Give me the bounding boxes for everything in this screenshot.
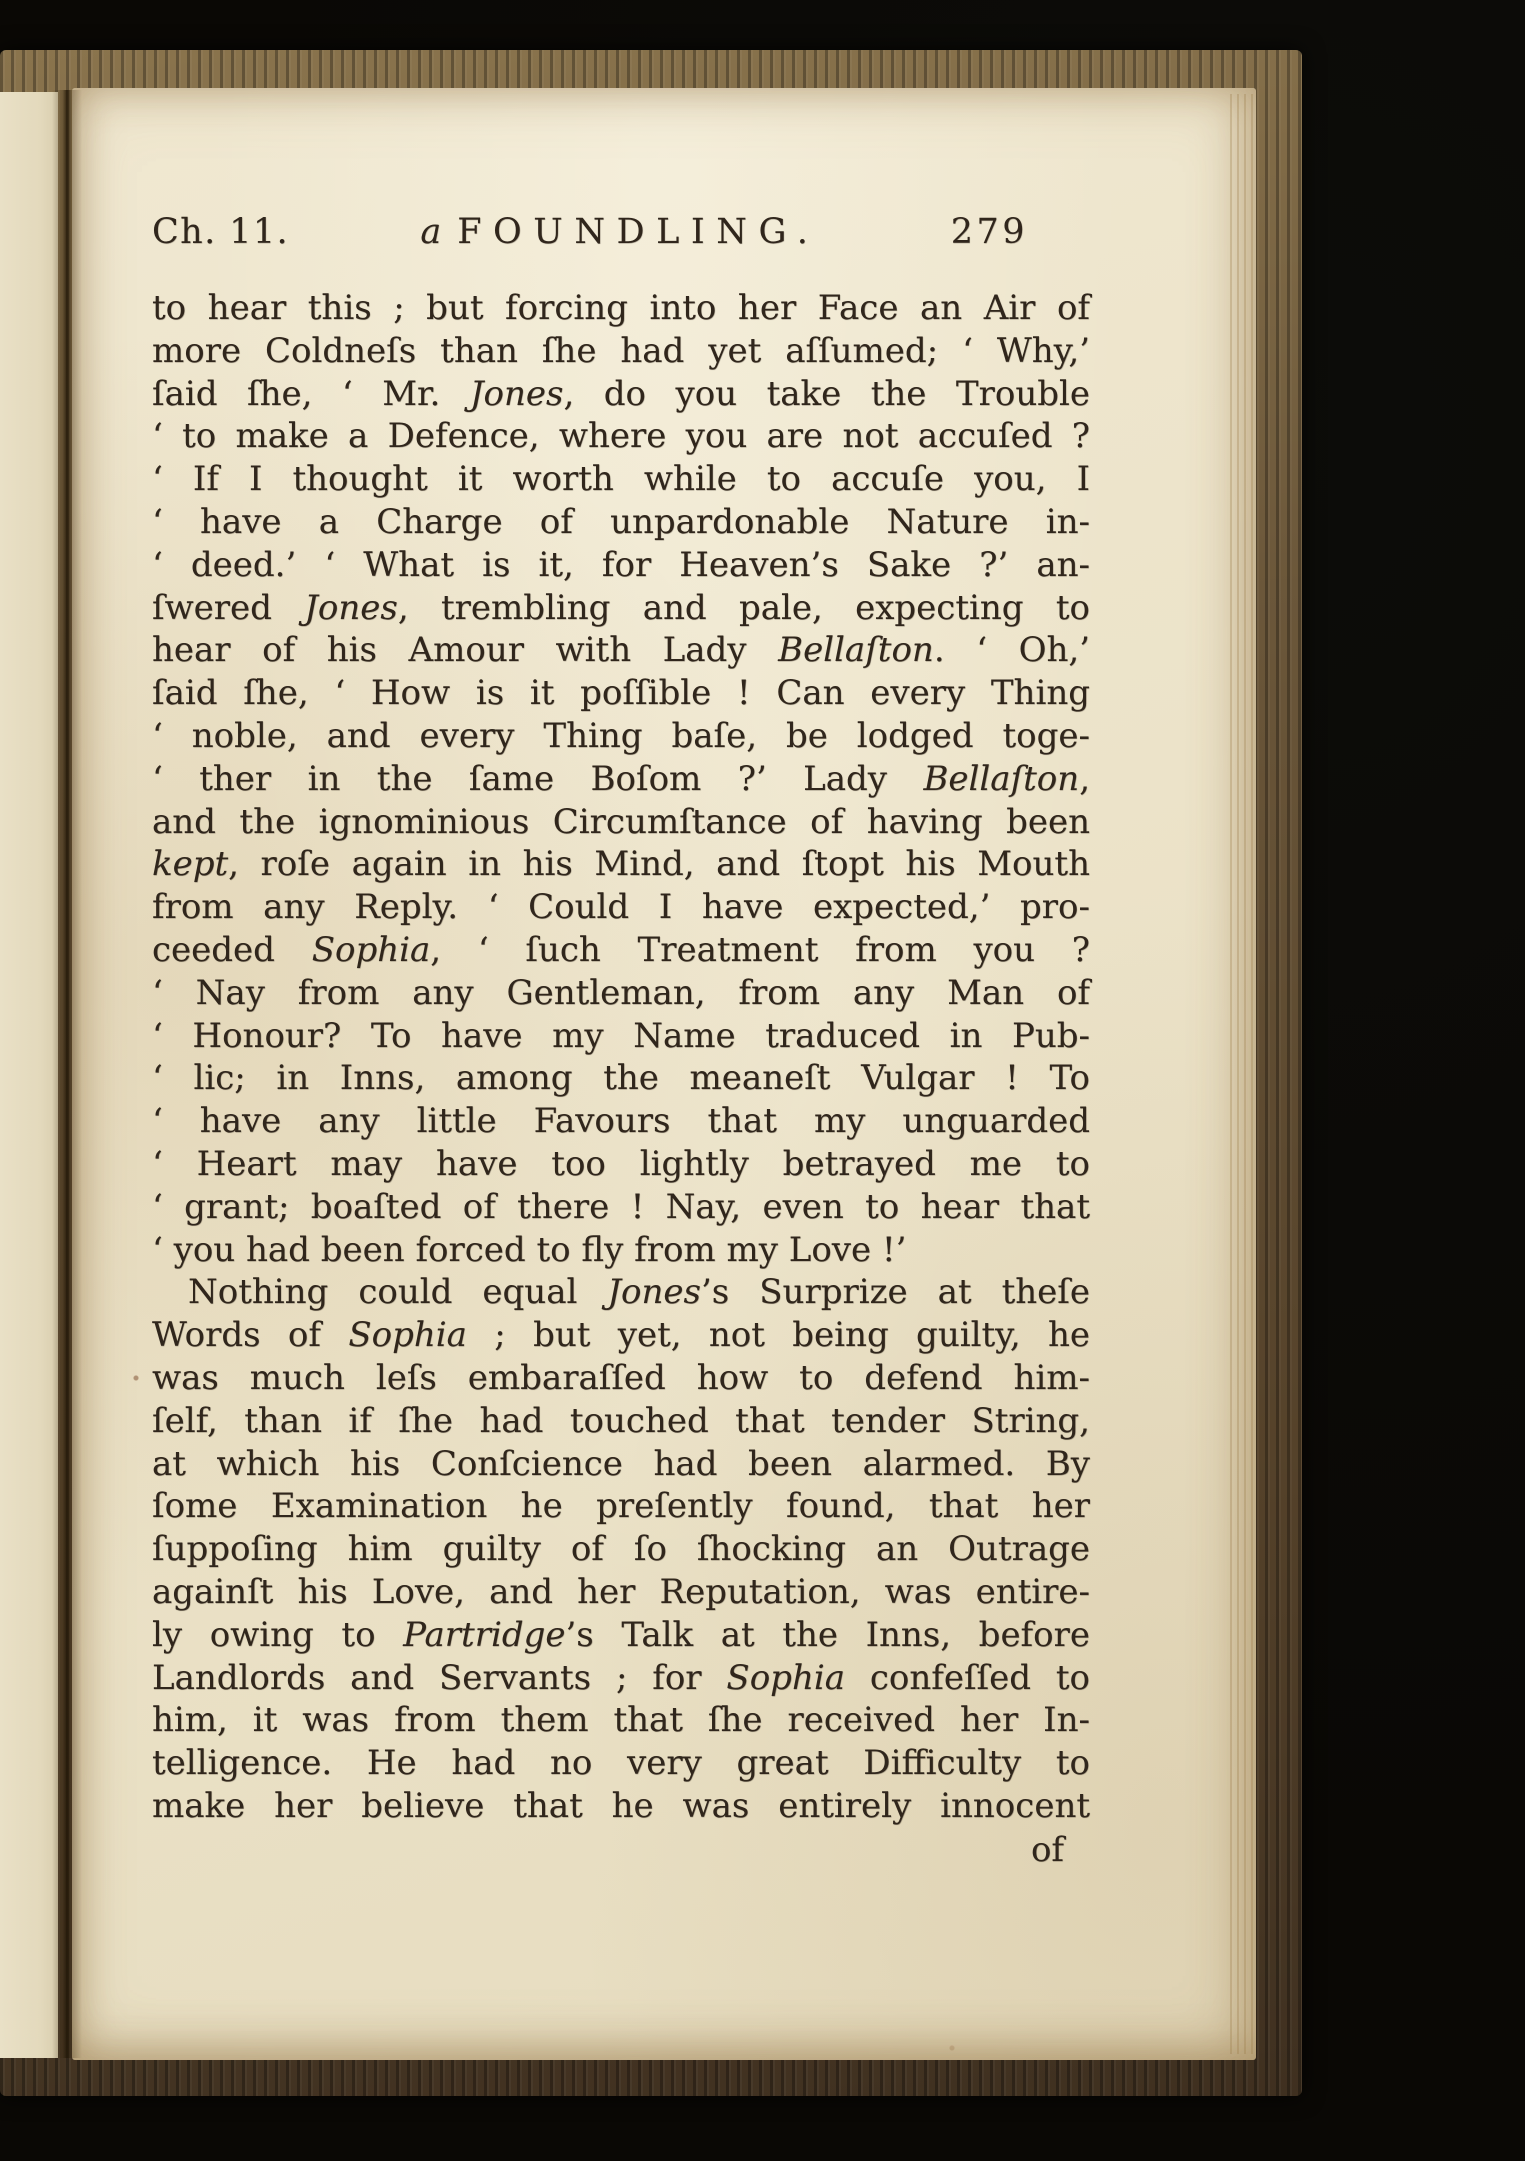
- page-edge-stack: [1230, 94, 1256, 2054]
- text-run: from any Reply. ‘ Could I have expected,…: [152, 887, 1090, 927]
- text-line: ‘ noble, and every Thing baſe, be lodged…: [152, 715, 1090, 758]
- catchword: of: [152, 1830, 1090, 1870]
- running-title: aFOUNDLING.: [289, 212, 951, 252]
- text-run: , roſe again in his Mind, and ſtopt his …: [228, 844, 1090, 884]
- text-run: ſaid ſhe, ‘ Mr.: [152, 374, 470, 414]
- text-run: Nothing could equal: [188, 1272, 607, 1312]
- text-run: Landlords and Servants ; for: [152, 1658, 726, 1698]
- text-line: ‘ Heart may have too lightly betrayed me…: [152, 1143, 1090, 1186]
- text-line: ſome Examination he preſently found, tha…: [152, 1485, 1090, 1528]
- text-line: ‘ Nay from any Gentleman, from any Man o…: [152, 972, 1090, 1015]
- text-run-italic: Bellaſton: [778, 630, 934, 670]
- text-run-italic: Jones: [304, 588, 398, 628]
- text-run: ‘ Nay from any Gentleman, from any Man o…: [152, 973, 1090, 1013]
- text-run: againſt his Love, and her Reputation, wa…: [152, 1572, 1090, 1612]
- text-run: more Coldneſs than ſhe had yet aſſumed; …: [152, 331, 1090, 371]
- text-run-italic: Bellaſton: [923, 759, 1079, 799]
- text-run: . ‘ Oh,’: [934, 630, 1090, 670]
- text-line: Words of Sophia ; but yet, not being gui…: [152, 1314, 1090, 1357]
- text-run: ‘ Honour? To have my Name traduced in Pu…: [152, 1016, 1090, 1056]
- book-page: Ch. 11. aFOUNDLING. 279 to hear this ; b…: [72, 88, 1256, 2060]
- text-run-italic: Sophia: [726, 1658, 845, 1698]
- text-line: ‘ If I thought it worth while to accuſe …: [152, 458, 1090, 501]
- text-run: at which his Conſcience had been alarmed…: [152, 1444, 1090, 1484]
- text-run: make her believe that he was entirely in…: [152, 1786, 1090, 1826]
- photo-background: Ch. 11. aFOUNDLING. 279 to hear this ; b…: [0, 0, 1525, 2161]
- text-run: telligence. He had no very great Difficu…: [152, 1743, 1090, 1783]
- text-line: was much leſs embaraſſed how to defend h…: [152, 1357, 1090, 1400]
- text-line: ceeded Sophia, ‘ ſuch Treatment from you…: [152, 929, 1090, 972]
- text-line: to hear this ; but forcing into her Face…: [152, 287, 1090, 330]
- text-line: ‘ have any little Favours that my unguar…: [152, 1100, 1090, 1143]
- text-line: ly owing to Partridge’s Talk at the Inns…: [152, 1614, 1090, 1657]
- text-run: , trembling and pale, expecting to: [398, 588, 1090, 628]
- text-run: ſwered: [152, 588, 304, 628]
- page-number: 279: [951, 212, 1028, 252]
- text-run: , do you take the Trouble: [563, 374, 1090, 414]
- text-run-italic: Sophia: [312, 930, 431, 970]
- text-line: ‘ to make a Defence, where you are not a…: [152, 415, 1090, 458]
- text-line: ‘ lic; in Inns, among the meaneſt Vulgar…: [152, 1057, 1090, 1100]
- running-title-text: FOUNDLING.: [457, 212, 819, 252]
- text-line: ſaid ſhe, ‘ Mr. Jones, do you take the T…: [152, 373, 1090, 416]
- text-run-italic: Jones: [607, 1272, 701, 1312]
- text-run-italic: Partridge: [403, 1615, 565, 1655]
- text-run: ‘ lic; in Inns, among the meaneſt Vulgar…: [152, 1058, 1090, 1098]
- text-run: ‘ Heart may have too lightly betrayed me…: [152, 1144, 1090, 1184]
- text-line: ‘ deed.’ ‘ What is it, for Heaven’s Sake…: [152, 544, 1090, 587]
- text-line: ‘ grant; boaſted of there ! Nay, even to…: [152, 1186, 1090, 1229]
- text-run: , ‘ ſuch Treatment from you ?: [430, 930, 1090, 970]
- text-run: Words of: [152, 1315, 348, 1355]
- previous-page-edge: [0, 92, 58, 2058]
- text-line: ſaid ſhe, ‘ How is it poſſible ! Can eve…: [152, 672, 1090, 715]
- running-title-article: a: [420, 212, 441, 252]
- text-line: againſt his Love, and her Reputation, wa…: [152, 1571, 1090, 1614]
- text-run: ‘ to make a Defence, where you are not a…: [152, 416, 1090, 456]
- text-line: Landlords and Servants ; for Sophia conf…: [152, 1657, 1090, 1700]
- text-run: ſaid ſhe, ‘ How is it poſſible ! Can eve…: [152, 673, 1090, 713]
- text-line: and the ignominious Circumſtance of havi…: [152, 801, 1090, 844]
- text-run: ceeded: [152, 930, 312, 970]
- text-line: ‘ Honour? To have my Name traduced in Pu…: [152, 1015, 1090, 1058]
- text-run: ‘ deed.’ ‘ What is it, for Heaven’s Sake…: [152, 545, 1090, 585]
- text-line: ſuppoſing him guilty of ſo ſhocking an O…: [152, 1528, 1090, 1571]
- book-gutter: [52, 90, 82, 2058]
- text-run: ’s Talk at the Inns, before: [565, 1615, 1090, 1655]
- text-run: ‘ noble, and every Thing baſe, be lodged…: [152, 716, 1090, 756]
- text-run: ‘ If I thought it worth while to accuſe …: [152, 459, 1090, 499]
- text-line: ſwered Jones, trembling and pale, expect…: [152, 587, 1090, 630]
- text-run: ‘ have a Charge of unpardonable Nature i…: [152, 502, 1090, 542]
- text-run-italic: Jones: [470, 374, 564, 414]
- text-line: ‘ ther in the ſame Boſom ?’ Lady Bellaſt…: [152, 758, 1090, 801]
- text-line: telligence. He had no very great Difficu…: [152, 1742, 1090, 1785]
- text-line: hear of his Amour with Lady Bellaſton. ‘…: [152, 629, 1090, 672]
- text-run: ,: [1079, 759, 1090, 799]
- text-line: kept, roſe again in his Mind, and ſtopt …: [152, 843, 1090, 886]
- text-block: to hear this ; but forcing into her Face…: [152, 287, 1090, 1828]
- text-run: ſome Examination he preſently found, tha…: [152, 1486, 1090, 1526]
- text-run: ſelf, than if ſhe had touched that tende…: [152, 1401, 1090, 1441]
- text-line: Nothing could equal Jones’s Surprize at …: [152, 1271, 1090, 1314]
- text-run: ; but yet, not being guilty, he: [467, 1315, 1090, 1355]
- text-line: more Coldneſs than ſhe had yet aſſumed; …: [152, 330, 1090, 373]
- text-run: him, it was from them that ſhe received …: [152, 1700, 1090, 1740]
- text-line: ‘ you had been forced to fly from my Lov…: [152, 1229, 1090, 1272]
- text-run: hear of his Amour with Lady: [152, 630, 778, 670]
- text-run: ’s Surprize at theſe: [701, 1272, 1090, 1312]
- chapter-label: Ch. 11.: [152, 212, 289, 252]
- text-line: make her believe that he was entirely in…: [152, 1785, 1090, 1828]
- text-line: him, it was from them that ſhe received …: [152, 1699, 1090, 1742]
- page-header: Ch. 11. aFOUNDLING. 279: [152, 212, 1028, 252]
- text-line: from any Reply. ‘ Could I have expected,…: [152, 886, 1090, 929]
- text-run: ſuppoſing him guilty of ſo ſhocking an O…: [152, 1529, 1090, 1569]
- text-run: ‘ grant; boaſted of there ! Nay, even to…: [152, 1187, 1090, 1227]
- text-run: confeſſed to: [845, 1658, 1090, 1698]
- text-run: and the ignominious Circumſtance of havi…: [152, 802, 1090, 842]
- text-run: ‘ ther in the ſame Boſom ?’ Lady: [152, 759, 923, 799]
- text-run: ly owing to: [152, 1615, 403, 1655]
- text-line: ſelf, than if ſhe had touched that tende…: [152, 1400, 1090, 1443]
- text-run-italic: Sophia: [348, 1315, 467, 1355]
- text-run: to hear this ; but forcing into her Face…: [152, 288, 1090, 328]
- text-run: was much leſs embaraſſed how to defend h…: [152, 1358, 1090, 1398]
- text-line: at which his Conſcience had been alarmed…: [152, 1443, 1090, 1486]
- text-run-italic: kept: [152, 844, 228, 884]
- text-run: ‘ you had been forced to fly from my Lov…: [152, 1230, 906, 1270]
- text-line: ‘ have a Charge of unpardonable Nature i…: [152, 501, 1090, 544]
- text-run: ‘ have any little Favours that my unguar…: [152, 1101, 1090, 1141]
